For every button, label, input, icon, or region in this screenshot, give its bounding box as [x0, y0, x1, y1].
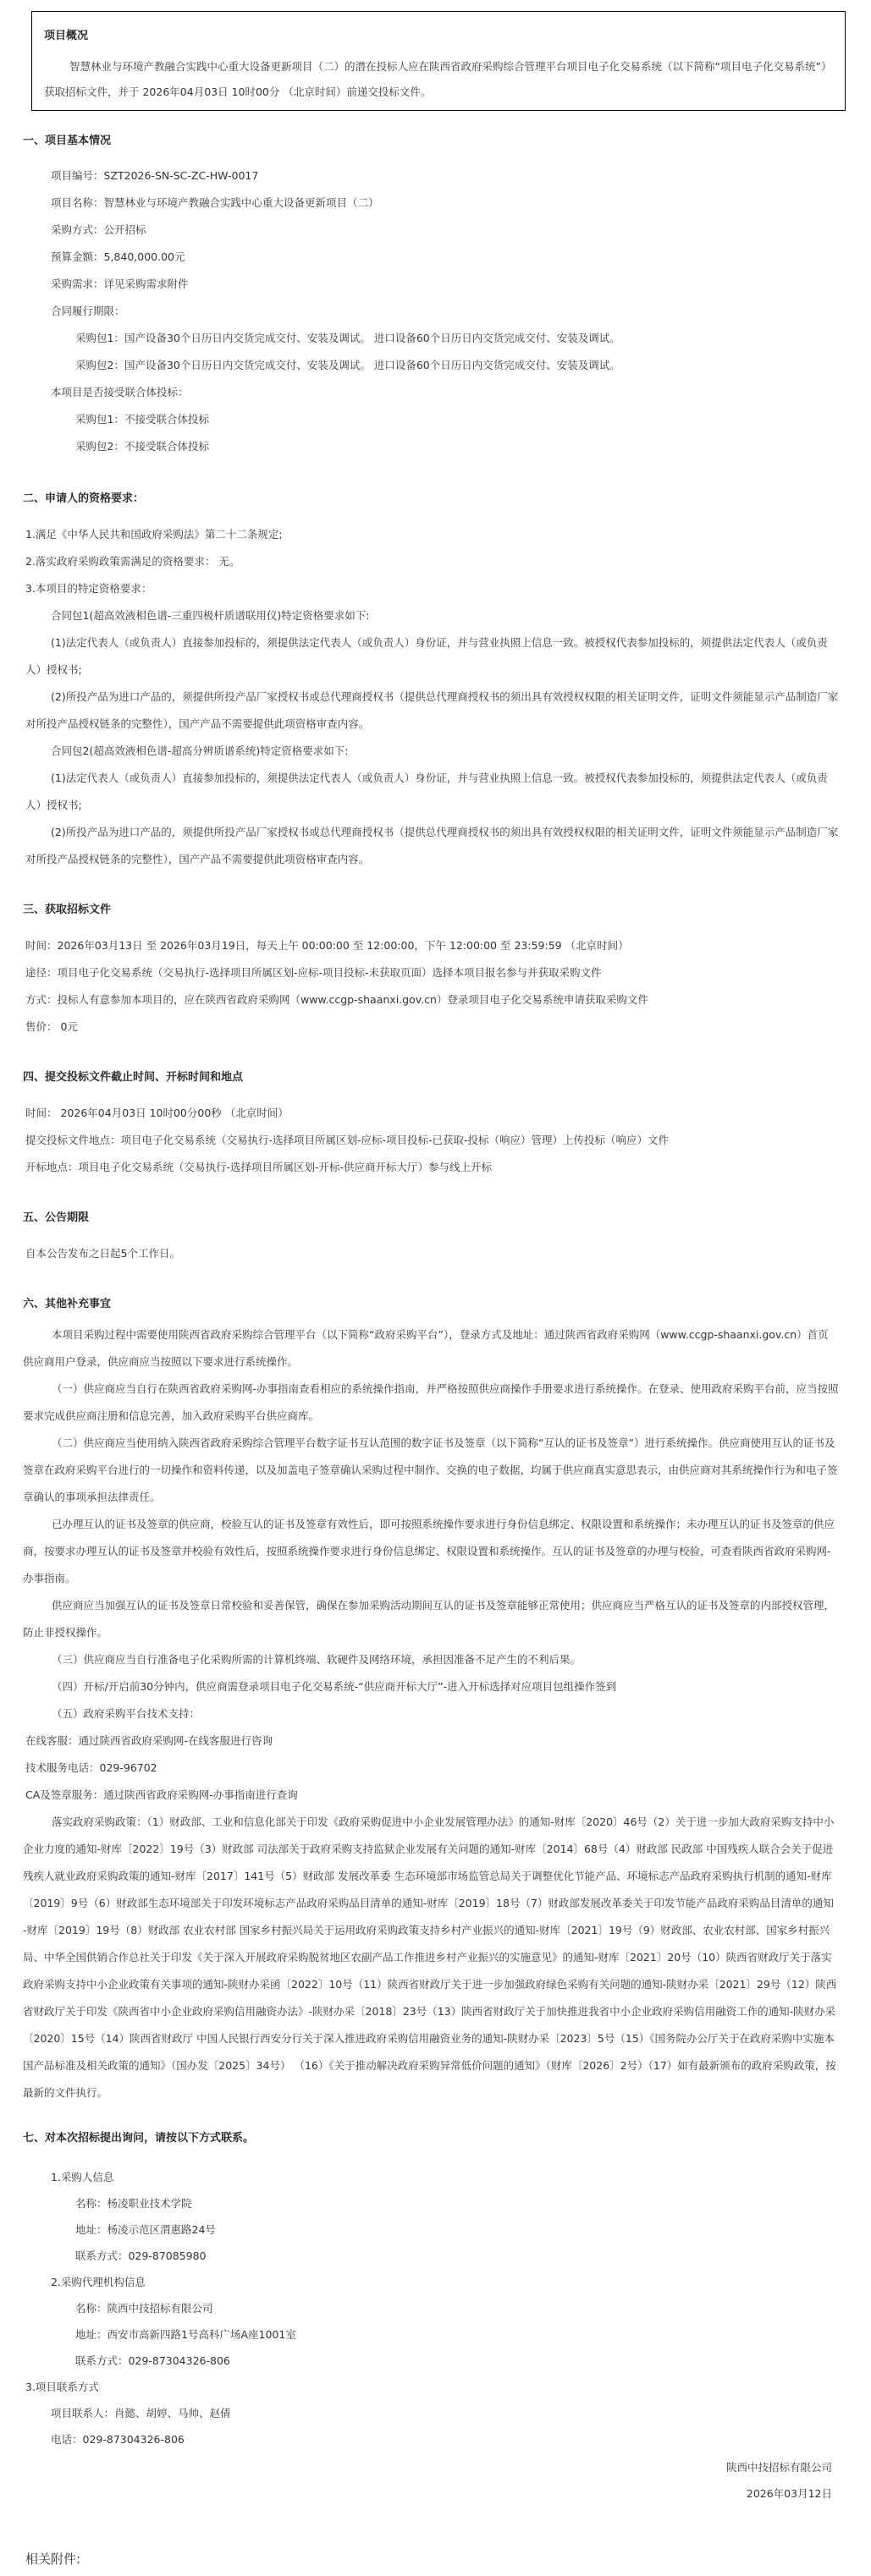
agency-info-title: 2.采购代理机构信息 [23, 2269, 846, 2295]
announcement-content: 一、项目基本情况 项目编号：SZT2026-SN-SC-ZC-HW-0017 项… [0, 111, 871, 2507]
pkg2-qualification-title: 合同包2(超高效液相色谱-超高分辨质谱系统)特定资格要求如下: [23, 743, 846, 760]
overview-text: 智慧林业与环境产教融合实践中心重大设备更新项目（二）的潜在投标人应在陕西省政府采… [44, 54, 833, 105]
other-p8: （五）政府采购平台技术支持： [23, 1700, 846, 1727]
contract-period-label: 合同履行期限： [23, 303, 846, 320]
agency-phone: 联系方式：029-87304326-806 [23, 2348, 846, 2374]
other-p2: （一）供应商应当自行在陕西省政府采购网-办事指南查看相应的系统操作指南，并严格按… [23, 1376, 846, 1430]
procurement-requirement: 采购需求：详见采购需求附件 [23, 276, 846, 293]
section-contact-title: 七、对本次招标提出询问，请按以下方式联系。 [23, 2130, 846, 2147]
document-price: 售价： 0元 [23, 1019, 846, 1035]
online-service: 在线客服：通过陕西省政府采购网-在线客服进行咨询 [23, 1727, 846, 1755]
project-overview-box: 项目概况 智慧林业与环境产教融合实践中心重大设备更新项目（二）的潜在投标人应在陕… [31, 11, 846, 111]
project-contact-title: 3.项目联系方式 [23, 2374, 846, 2400]
procurement-method: 采购方式：公开招标 [23, 222, 846, 239]
other-p4: 已办理互认的证书及签章的供应商，校验互认的证书及签章有效性后，即可按照系统操作要… [23, 1511, 846, 1592]
project-contact-person: 项目联系人：肖懿、胡婷、马帅、赵倩 [23, 2400, 846, 2426]
other-p7: （四）开标/开启前30分钟内，供应商需登录项目电子化交易系统-“供应商开标大厅”… [23, 1673, 846, 1700]
ca-service: CA及签章服务：通过陕西省政府采购网-办事指南进行查询 [23, 1782, 846, 1809]
other-p1: 本项目采购过程中需要使用陕西省政府采购综合管理平台（以下简称“政府采购平台”），… [23, 1321, 846, 1376]
section-qualification-title: 二、申请人的资格要求： [23, 491, 846, 508]
tech-service-phone: 技术服务电话：029-96702 [23, 1755, 846, 1782]
obtain-route: 途径：项目电子化交易系统（交易执行-选择项目所属区划-应标-项目投标-未获取页面… [23, 964, 846, 981]
signature-date: 2026年03月12日 [23, 2480, 846, 2507]
qualification-item-1: 1.满足《中华人民共和国政府采购法》第二十二条规定; [23, 526, 846, 543]
section-basic-info-title: 一、项目基本情况 [23, 133, 846, 150]
pkg1-qualification-title: 合同包1(超高效液相色谱-三重四极杆质谱联用仪)特定资格要求如下: [23, 607, 846, 624]
deadline-time: 时间： 2026年04月03日 10时00分00秒 （北京时间） [23, 1105, 846, 1122]
project-name: 项目名称：智慧林业与环境产教融合实践中心重大设备更新项目（二） [23, 195, 846, 211]
project-contact-phone: 电话：029-87304326-806 [23, 2426, 846, 2452]
buyer-phone: 联系方式：029-87085980 [23, 2243, 846, 2269]
announcement-page: 项目概况 智慧林业与环境产教融合实践中心重大设备更新项目（二）的潜在投标人应在陕… [0, 0, 871, 2576]
budget-amount: 预算金额：5,840,000.00元 [23, 249, 846, 266]
qualification-item-3: 3.本项目的特定资格要求： [23, 580, 846, 597]
consortium-pkg1: 采购包1：不接受联合体投标 [23, 411, 846, 428]
submit-place: 提交投标文件地点：项目电子化交易系统（交易执行-选择项目所属区划-应标-项目投标… [23, 1132, 846, 1149]
obtain-time: 时间：2026年03月13日 至 2026年03月19日，每天上午 00:00:… [23, 937, 846, 954]
section-obtain-docs-title: 三、获取招标文件 [23, 902, 846, 919]
contract-period-pkg2: 采购包2：国产设备30个日历日内交货完成交付、安装及调试。 进口设备60个日历日… [23, 357, 846, 374]
opening-place: 开标地点：项目电子化交易系统（交易执行-选择项目所属区划-开标-供应商开标大厅）… [23, 1159, 846, 1176]
obtain-way: 方式：投标人有意参加本项目的，应在陕西省政府采购网（www.ccgp-shaan… [23, 991, 846, 1008]
buyer-name: 名称：杨凌职业技术学院 [23, 2190, 846, 2216]
consortium-label: 本项目是否接受联合体投标： [23, 384, 846, 401]
other-p5: 供应商应当加强互认的证书及签章日常校验和妥善保管，确保在参加采购活动期间互认的证… [23, 1592, 846, 1646]
agency-name: 名称：陕西中技招标有限公司 [23, 2295, 846, 2321]
buyer-address: 地址：杨凌示范区渭惠路24号 [23, 2216, 846, 2243]
other-p6: （三）供应商应当自行准备电子化采购所需的计算机终端、软硬件及网络环境，承担因准备… [23, 1646, 846, 1673]
notice-period-text: 自本公告发布之日起5个工作日。 [23, 1245, 846, 1262]
other-p3: （二）供应商应当使用纳入陕西省政府采购综合管理平台数字证书互认范围的数字证书及签… [23, 1430, 846, 1511]
overview-title: 项目概况 [44, 29, 833, 44]
project-number: 项目编号：SZT2026-SN-SC-ZC-HW-0017 [23, 168, 846, 184]
pkg1-requirement-1: (1)法定代表人（或负责人）直接参加投标的，须提供法定代表人（或负责人）身份证，… [23, 629, 846, 684]
signature-company: 陕西中技招标有限公司 [23, 2454, 846, 2480]
section-deadline-title: 四、提交投标文件截止时间、开标时间和地点 [23, 1069, 846, 1086]
pkg1-requirement-2: (2)所投产品为进口产品的，须提供所投产品厂家授权书或总代理商授权书（提供总代理… [23, 684, 846, 738]
section-notice-period-title: 五、公告期限 [23, 1210, 846, 1227]
section-other-matters-title: 六、其他补充事宜 [23, 1296, 846, 1313]
qualification-item-2: 2.落实政府采购政策需满足的资格要求： 无。 [23, 553, 846, 570]
pkg2-requirement-2: (2)所投产品为进口产品的，须提供所投产品厂家授权书或总代理商授权书（提供总代理… [23, 819, 846, 873]
buyer-info-title: 1.采购人信息 [23, 2164, 846, 2190]
agency-address: 地址：西安市高新四路1号高科广场A座1001室 [23, 2321, 846, 2348]
procurement-policies: 落实政府采购政策：（1）财政部、工业和信息化部关于印发《政府采购促进中小企业发展… [23, 1809, 846, 2106]
related-attachments-label: 相关附件: [0, 2551, 871, 2568]
pkg2-requirement-1: (1)法定代表人（或负责人）直接参加投标的，须提供法定代表人（或负责人）身份证，… [23, 765, 846, 819]
contract-period-pkg1: 采购包1：国产设备30个日历日内交货完成交付、安装及调试。 进口设备60个日历日… [23, 330, 846, 347]
consortium-pkg2: 采购包2：不接受联合体投标 [23, 438, 846, 455]
